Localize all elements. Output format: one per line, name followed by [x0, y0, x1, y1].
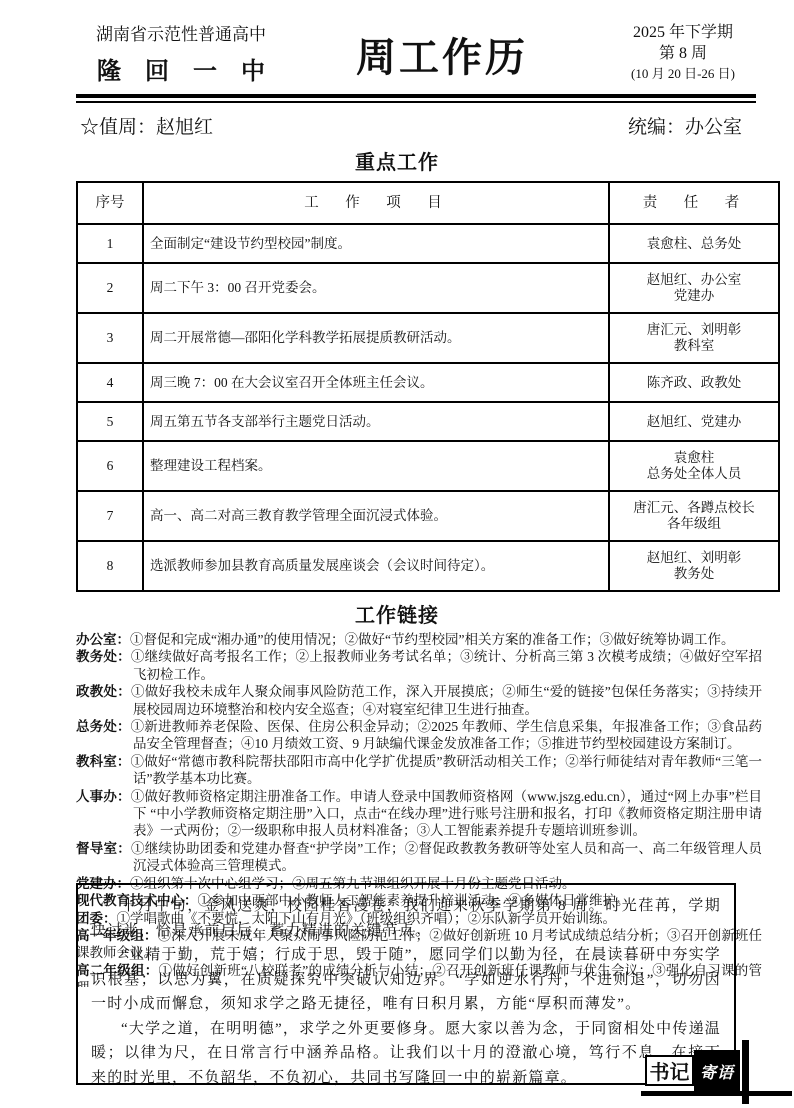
- table-row: 6 整理建设工程档案。 袁愈柱 总务处全体人员: [77, 441, 779, 491]
- date-range: (10 月 20 日-26 日): [608, 64, 758, 83]
- table-row: 4 周三晚 7：00 在大会议室召开全体班主任会议。 陈齐政、政教处: [77, 363, 779, 402]
- duty-name: 赵旭红: [156, 117, 213, 138]
- dept-text: ①做好我校未成年人聚众闹事风险防范工作，深入开展摸底；②师生“爱的链接”包保任务…: [131, 684, 762, 716]
- row-no: 8: [77, 541, 143, 591]
- row-no: 2: [77, 263, 143, 313]
- table-row: 1 全面制定“建设节约型校园”制度。 袁愈柱、总务处: [77, 224, 779, 263]
- row-owner: 袁愈柱、总务处: [609, 224, 779, 263]
- dept-text: ①继续协助团委和党建办督查“护学岗”工作；②督促政教教务教研等处室人员和高一、高…: [131, 841, 762, 873]
- key-work-title: 重点工作: [0, 146, 794, 175]
- table-row: 8 选派教师参加县教育高质量发展座谈会（会议时间待定）。 赵旭红、刘明彰 教务处: [77, 541, 779, 591]
- row-no: 1: [77, 224, 143, 263]
- row-no: 6: [77, 441, 143, 491]
- row-owner: 陈齐政、政教处: [609, 363, 779, 402]
- message-paragraph: 十月中旬，金风送爽，校园桂香漫卷，我们迎来秋季学期第 8 周。时光荏苒，学期快过…: [91, 894, 721, 943]
- work-link-entry: 总务处：①新进教师养老保险、医保、住房公积金异动；②2025 年教师、学生信息采…: [76, 718, 762, 753]
- row-no: 7: [77, 491, 143, 541]
- row-owner: 袁愈柱 总务处全体人员: [609, 441, 779, 491]
- work-link-entry: 人事办：①做好教师资格定期注册准备工作。申请人登录中国教师资格网（www.jsz…: [76, 788, 762, 840]
- row-owner: 唐汇元、各蹲点校长 各年级组: [609, 491, 779, 541]
- work-link-entry: 办公室：①督促和完成“湘办通”的使用情况；②做好“节约型校园”相关方案的准备工作…: [76, 631, 762, 648]
- info-bar: ☆值周：赵旭红 统编：办公室: [0, 103, 794, 139]
- duty-label: 值周：: [99, 117, 156, 138]
- secretary-message-box: 十月中旬，金风送爽，校园桂香漫卷，我们迎来秋季学期第 8 周。时光荏苒，学期快过…: [76, 883, 736, 1085]
- work-link-entry: 督导室：①继续协助团委和党建办督查“护学岗”工作；②督促政教教务教研等处室人员和…: [76, 840, 762, 875]
- work-link-entry: 教务处：①继续做好高考报名工作；②上报教师业务考试名单；③统计、分析高三第 3 …: [76, 648, 762, 683]
- secretary-stamp-left: 书记: [645, 1055, 694, 1086]
- dept-text: ①做好“常德市教科院帮扶邵阳市高中化学扩优提质”教研活动相关工作；②举行师徒结对…: [131, 754, 762, 786]
- duty-week: ☆值周：赵旭红: [80, 112, 213, 139]
- term-block: 2025 年下学期 第 8 周 (10 月 20 日-26 日): [608, 20, 758, 83]
- editor: 统编：办公室: [628, 112, 742, 139]
- row-owner: 赵旭红、党建办: [609, 402, 779, 441]
- dept-label: 办公室：: [76, 632, 130, 647]
- school-type: 湖南省示范性普通高中: [86, 20, 276, 45]
- page-title: 周工作历: [276, 26, 608, 83]
- secretary-stamp-right: 寄语: [694, 1050, 740, 1092]
- table-header-row: 序号 工 作 项 目 责 任 者: [77, 182, 779, 224]
- row-item: 周二下午 3：00 召开党委会。: [143, 263, 609, 313]
- col-header-item: 工 作 项 目: [143, 182, 609, 224]
- dept-label: 教务处：: [76, 649, 131, 664]
- school-name: 隆 回 一 中: [86, 51, 276, 86]
- work-links-title: 工作链接: [0, 599, 794, 628]
- dept-label: 政教处：: [76, 684, 131, 699]
- dept-text: ①新进教师养老保险、医保、住房公积金异动；②2025 年教师、学生信息采集，年报…: [131, 719, 762, 751]
- work-link-entry: 政教处：①做好我校未成年人聚众闹事风险防范工作，深入开展摸底；②师生“爱的链接”…: [76, 683, 762, 718]
- key-work-table: 序号 工 作 项 目 责 任 者 1 全面制定“建设节约型校园”制度。 袁愈柱、…: [76, 181, 780, 592]
- table-row: 5 周五第五节各支部举行主题党日活动。 赵旭红、党建办: [77, 402, 779, 441]
- table-row: 3 周二开展常德—邵阳化学科教学拓展提质教研活动。 唐汇元、刘明彰 教科室: [77, 313, 779, 363]
- week-text: 第 8 周: [608, 43, 758, 64]
- row-item: 整理建设工程档案。: [143, 441, 609, 491]
- table-row: 2 周二下午 3：00 召开党委会。 赵旭红、办公室 党建办: [77, 263, 779, 313]
- dept-text: ①督促和完成“湘办通”的使用情况；②做好“节约型校园”相关方案的准备工作；③做好…: [130, 632, 734, 647]
- dept-text: ①做好教师资格定期注册准备工作。申请人登录中国教师资格网（www.jszg.ed…: [131, 789, 762, 839]
- dept-label: 人事办：: [76, 789, 131, 804]
- row-no: 3: [77, 313, 143, 363]
- title-block: 周工作历: [276, 20, 608, 83]
- row-no: 5: [77, 402, 143, 441]
- row-item: 周三晚 7：00 在大会议室召开全体班主任会议。: [143, 363, 609, 402]
- dept-text: ①继续做好高考报名工作；②上报教师业务考试名单；③统计、分析高三第 3 次模考成…: [131, 649, 762, 681]
- row-owner: 赵旭红、刘明彰 教务处: [609, 541, 779, 591]
- document-header: 湖南省示范性普通高中 隆 回 一 中 周工作历 2025 年下学期 第 8 周 …: [0, 0, 794, 86]
- editor-label: 统编：: [628, 117, 685, 138]
- dept-label: 总务处：: [76, 719, 131, 734]
- col-header-owner: 责 任 者: [609, 182, 779, 224]
- row-owner: 唐汇元、刘明彰 教科室: [609, 313, 779, 363]
- row-item: 周五第五节各支部举行主题党日活动。: [143, 402, 609, 441]
- work-link-entry: 教科室：①做好“常德市教科院帮扶邵阳市高中化学扩优提质”教研活动相关工作；②举行…: [76, 753, 762, 788]
- row-item: 选派教师参加县教育高质量发展座谈会（会议时间待定）。: [143, 541, 609, 591]
- col-header-no: 序号: [77, 182, 143, 224]
- document-page: 湖南省示范性普通高中 隆 回 一 中 周工作历 2025 年下学期 第 8 周 …: [0, 0, 794, 1108]
- message-paragraph: “大学之道，在明明德”，求学之外更要修身。愿大家以善为念，于同窗相处中传递温暖；…: [91, 1017, 721, 1091]
- editor-name: 办公室: [685, 117, 742, 138]
- message-paragraph: “业精于勤，荒于嬉；行成于思，毁于随”，愿同学们以勤为径，在晨读暮研中夯实学识根…: [91, 943, 721, 1017]
- row-no: 4: [77, 363, 143, 402]
- school-block: 湖南省示范性普通高中 隆 回 一 中: [86, 20, 276, 86]
- row-item: 周二开展常德—邵阳化学科教学拓展提质教研活动。: [143, 313, 609, 363]
- header-double-rule: [76, 94, 756, 103]
- table-row: 7 高一、高二对高三教育教学管理全面沉浸式体验。 唐汇元、各蹲点校长 各年级组: [77, 491, 779, 541]
- term-text: 2025 年下学期: [608, 22, 758, 43]
- star-icon: ☆: [80, 117, 99, 138]
- dept-label: 教科室：: [76, 754, 131, 769]
- row-item: 全面制定“建设节约型校园”制度。: [143, 224, 609, 263]
- row-item: 高一、高二对高三教育教学管理全面沉浸式体验。: [143, 491, 609, 541]
- row-owner: 赵旭红、办公室 党建办: [609, 263, 779, 313]
- dept-label: 督导室：: [76, 841, 131, 856]
